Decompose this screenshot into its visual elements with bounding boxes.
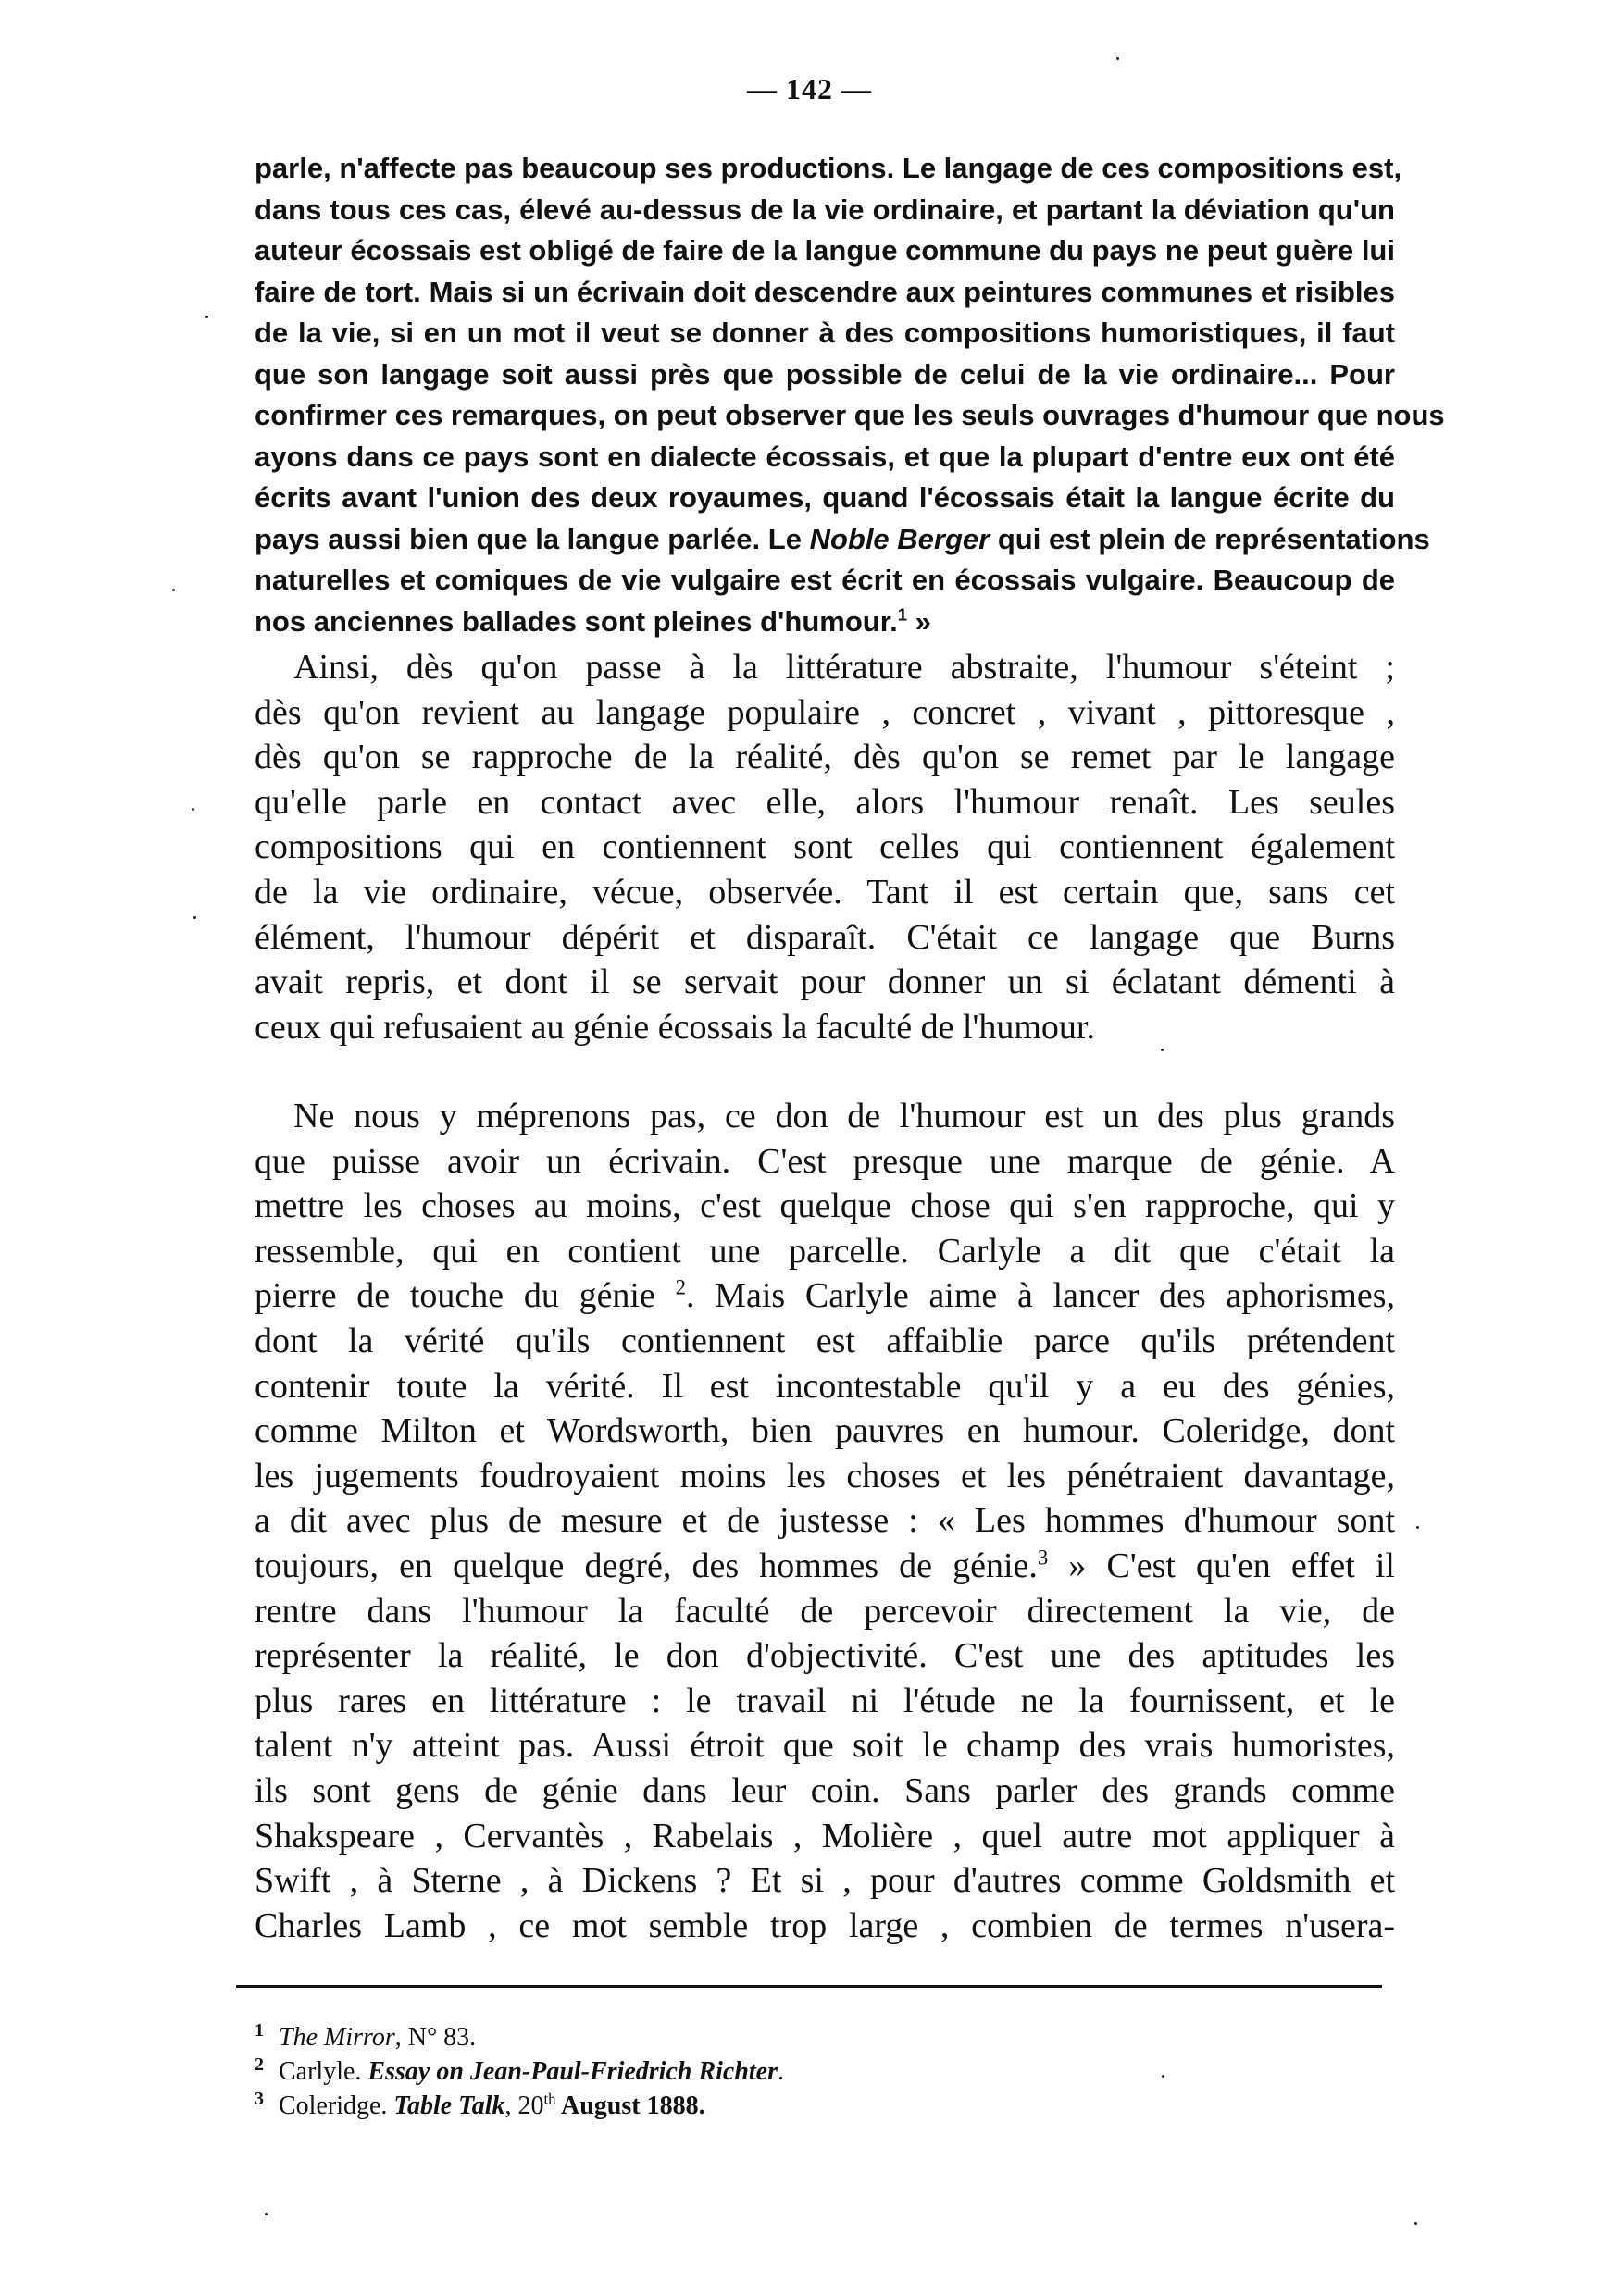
body-line: Ainsi, dès qu'on passe à la littérature … bbox=[255, 645, 1395, 690]
body-line: compositions qui en contiennent sont cel… bbox=[255, 825, 1395, 870]
quote-text: nos anciennes ballades sont pleines d'hu… bbox=[255, 605, 898, 638]
body-line: dès qu'on revient au langage populaire ,… bbox=[255, 690, 1395, 736]
paragraph-2: Ne nous y méprenons pas, ce don de l'hum… bbox=[255, 1094, 1395, 1948]
body-line: Swift , à Sterne , à Dickens ? Et si , p… bbox=[255, 1858, 1395, 1904]
scan-speck bbox=[1414, 2222, 1417, 2225]
footnote-divider bbox=[236, 1985, 1382, 1988]
body-line: toujours, en quelque degré, des hommes d… bbox=[255, 1544, 1395, 1589]
body-line: élément, l'humour dépérit et disparaît. … bbox=[255, 915, 1395, 961]
scan-speck bbox=[193, 916, 196, 919]
quote-text: qui est plein de représentations bbox=[990, 523, 1429, 555]
body-line: dès qu'on se rapproche de la réalité, dè… bbox=[255, 735, 1395, 780]
body-line: Shakspeare , Cervantès , Rabelais , Moli… bbox=[255, 1814, 1395, 1859]
scan-speck bbox=[265, 2213, 268, 2215]
quote-line: auteur écossais est obligé de faire de l… bbox=[255, 230, 1395, 272]
scan-speck bbox=[1170, 1288, 1173, 1291]
paragraph-1: Ainsi, dès qu'on passe à la littérature … bbox=[255, 645, 1395, 1049]
quote-line: parle, n'affecte pas beaucoup ses produc… bbox=[255, 148, 1395, 190]
scan-speck bbox=[1116, 57, 1119, 60]
italic-title: Noble Berger bbox=[810, 523, 990, 555]
scan-speck bbox=[1416, 1526, 1419, 1529]
body-line: a dit avec plus de mesure et de justesse… bbox=[255, 1498, 1395, 1544]
quote-text: » bbox=[907, 605, 931, 638]
body-line: Ne nous y méprenons pas, ce don de l'hum… bbox=[255, 1094, 1395, 1139]
scan-speck bbox=[192, 808, 194, 811]
quote-line: que son langage soit aussi près que poss… bbox=[255, 354, 1395, 396]
scan-speck bbox=[172, 589, 175, 591]
body-line: plus rares en littérature : le travail n… bbox=[255, 1679, 1395, 1724]
body-line: dont la vérité qu'ils contiennent est af… bbox=[255, 1319, 1395, 1364]
footnote-text: Coleridge. bbox=[279, 2091, 393, 2120]
footnote-text: , 20 bbox=[504, 2091, 543, 2120]
ordinal-suffix: th bbox=[543, 2091, 555, 2108]
body-line: de la vie ordinaire, vécue, observée. Ta… bbox=[255, 870, 1395, 915]
scan-speck bbox=[1162, 2075, 1164, 2078]
body-text: . Mais Carlyle aime à lancer des aphoris… bbox=[686, 1276, 1395, 1315]
body-line: pierre de touche du génie 2. Mais Carlyl… bbox=[255, 1273, 1395, 1319]
footnote-title: The Mirror bbox=[279, 2023, 395, 2052]
quote-line: ayons dans ce pays sont en dialecte écos… bbox=[255, 437, 1395, 478]
footnote-title: Essay on Jean-Paul-Friedrich Richter bbox=[367, 2057, 778, 2086]
quote-line: dans tous ces cas, élevé au-dessus de la… bbox=[255, 190, 1395, 231]
scan-speck bbox=[1161, 1049, 1164, 1051]
body-line: mettre les choses au moins, c'est quelqu… bbox=[255, 1184, 1395, 1229]
footnote-ref[interactable]: 2 bbox=[676, 1276, 686, 1299]
body-line: ressemble, qui en contient une parcelle.… bbox=[255, 1229, 1395, 1274]
body-line: que puisse avoir un écrivain. C'est pres… bbox=[255, 1139, 1395, 1185]
footnote-ref[interactable]: 1 bbox=[898, 604, 907, 624]
footnote-ref[interactable]: 3 bbox=[1038, 1545, 1048, 1569]
footnote-text: August 1888. bbox=[556, 2091, 705, 2120]
quote-line: naturelles et comiques de vie vulgaire e… bbox=[255, 560, 1395, 602]
quote-line: de la vie, si en un mot il veut se donne… bbox=[255, 313, 1395, 354]
body-line: contenir toute la vérité. Il est inconte… bbox=[255, 1364, 1395, 1409]
quote-line: nos anciennes ballades sont pleines d'hu… bbox=[255, 602, 1395, 643]
scan-speck bbox=[205, 316, 208, 318]
quote-line: pays aussi bien que la langue parlée. Le… bbox=[255, 519, 1395, 561]
page-number: — 142 — bbox=[0, 72, 1619, 106]
body-text: » C'est qu'en effet il bbox=[1048, 1546, 1395, 1585]
body-text: pierre de touche du génie bbox=[255, 1276, 676, 1315]
quote-line: faire de tort. Mais si un écrivain doit … bbox=[255, 272, 1395, 314]
body-text: toujours, en quelque degré, des hommes d… bbox=[255, 1546, 1038, 1585]
quote-line: confirmer ces remarques, on peut observe… bbox=[255, 395, 1395, 437]
body-line: ceux qui refusaient au génie écossais la… bbox=[255, 1005, 1395, 1050]
body-line: ils sont gens de génie dans leur coin. S… bbox=[255, 1769, 1395, 1814]
footnote-text: Carlyle. bbox=[279, 2057, 367, 2086]
footnotes: 1The Mirror, N° 83. 2Carlyle. Essay on J… bbox=[255, 2020, 784, 2123]
body-line: représenter la réalité, le don d'objecti… bbox=[255, 1633, 1395, 1679]
footnote-2: 2Carlyle. Essay on Jean-Paul-Friedrich R… bbox=[255, 2054, 784, 2089]
footnote-1: 1The Mirror, N° 83. bbox=[255, 2020, 784, 2054]
footnote-text: , N° 83. bbox=[395, 2023, 476, 2052]
body-line: les jugements foudroyaient moins les cho… bbox=[255, 1454, 1395, 1499]
body-line: rentre dans l'humour la faculté de perce… bbox=[255, 1589, 1395, 1634]
footnote-text: . bbox=[778, 2057, 784, 2086]
body-line: qu'elle parle en contact avec elle, alor… bbox=[255, 780, 1395, 825]
footnote-3: 3Coleridge. Table Talk, 20th August 1888… bbox=[255, 2089, 784, 2123]
quoted-passage: parle, n'affecte pas beaucoup ses produc… bbox=[255, 148, 1395, 642]
footnote-title: Table Talk bbox=[393, 2091, 504, 2120]
body-line: avait repris, et dont il se servait pour… bbox=[255, 960, 1395, 1005]
body-line: talent n'y atteint pas. Aussi étroit que… bbox=[255, 1723, 1395, 1769]
body-line: comme Milton et Wordsworth, bien pauvres… bbox=[255, 1409, 1395, 1454]
quote-text: pays aussi bien que la langue parlée. Le bbox=[255, 523, 810, 555]
body-line: Charles Lamb , ce mot semble trop large … bbox=[255, 1904, 1395, 1949]
quote-line: écrits avant l'union des deux royaumes, … bbox=[255, 478, 1395, 519]
